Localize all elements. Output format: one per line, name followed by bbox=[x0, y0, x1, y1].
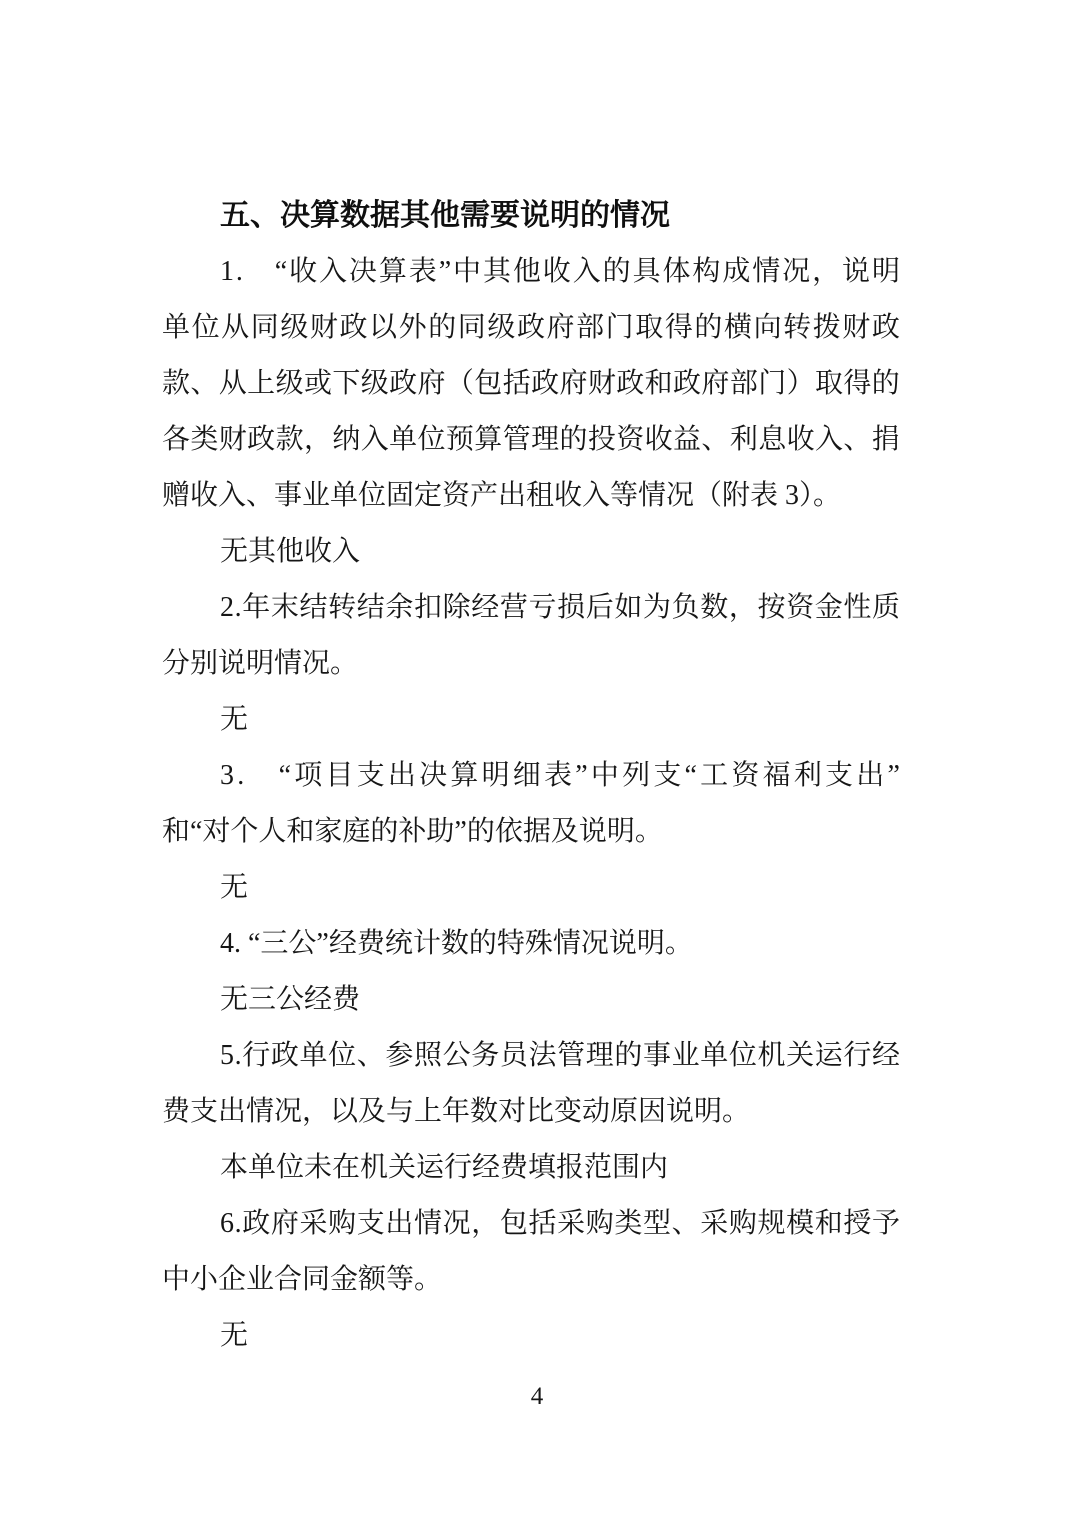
paragraph-wrap-line: 单位从同级财政以外的同级政府部门取得的横向转拨财政 bbox=[162, 300, 900, 356]
paragraph-first-line: 4. “三公”经费统计数的特殊情况说明。 bbox=[162, 916, 900, 972]
answer-line: 无 bbox=[162, 860, 900, 916]
answer-line: 本单位未在机关运行经费填报范围内 bbox=[162, 1140, 900, 1196]
page-footer: 4 bbox=[0, 1369, 1074, 1425]
answer-line: 无 bbox=[162, 692, 900, 748]
page-number: 4 bbox=[531, 1383, 544, 1410]
paragraph-first-line: 6.政府采购支出情况，包括采购类型、采购规模和授予 bbox=[162, 1196, 900, 1252]
paragraph-wrap-line: 分别说明情况。 bbox=[162, 636, 900, 692]
paragraph-wrap-line: 和“对个人和家庭的补助”的依据及说明。 bbox=[162, 804, 900, 860]
answer-line: 无三公经费 bbox=[162, 972, 900, 1028]
paragraph-wrap-line: 款、从上级或下级政府（包括政府财政和政府部门）取得的 bbox=[162, 356, 900, 412]
paragraph-wrap-line: 各类财政款，纳入单位预算管理的投资收益、利息收入、捐 bbox=[162, 412, 900, 468]
paragraph-first-line: 1. “收入决算表”中其他收入的具体构成情况，说明 bbox=[162, 244, 900, 300]
paragraph-wrap-line: 赠收入、事业单位固定资产出租收入等情况（附表 3）。 bbox=[162, 468, 900, 524]
paragraph-wrap-line: 费支出情况，以及与上年数对比变动原因说明。 bbox=[162, 1084, 900, 1140]
document-body: 五、决算数据其他需要说明的情况1. “收入决算表”中其他收入的具体构成情况，说明… bbox=[162, 188, 900, 1364]
paragraph-first-line: 2.年末结转结余扣除经营亏损后如为负数，按资金性质 bbox=[162, 580, 900, 636]
section-heading: 五、决算数据其他需要说明的情况 bbox=[162, 188, 900, 244]
paragraph-first-line: 5.行政单位、参照公务员法管理的事业单位机关运行经 bbox=[162, 1028, 900, 1084]
paragraph-first-line: 3. “项目支出决算明细表”中列支“工资福利支出” bbox=[162, 748, 900, 804]
answer-line: 无 bbox=[162, 1308, 900, 1364]
document-page: 五、决算数据其他需要说明的情况1. “收入决算表”中其他收入的具体构成情况，说明… bbox=[0, 0, 1074, 1520]
paragraph-wrap-line: 中小企业合同金额等。 bbox=[162, 1252, 900, 1308]
answer-line: 无其他收入 bbox=[162, 524, 900, 580]
